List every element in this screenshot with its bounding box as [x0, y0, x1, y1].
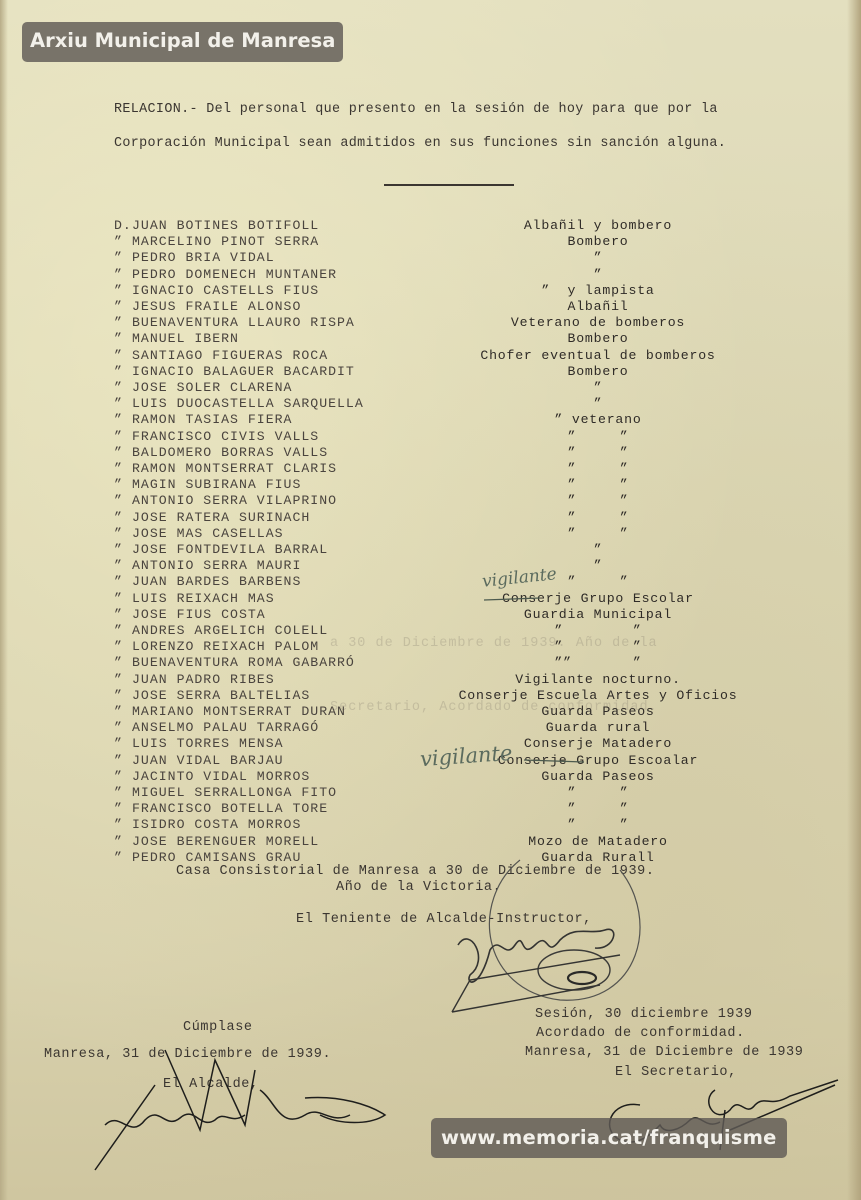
- secretary-signature: [0, 0, 861, 1200]
- website-watermark: www.memoria.cat/franquisme: [431, 1118, 787, 1158]
- document-page: a 30 de Diciembre de 1939. Año de la Sec…: [0, 0, 861, 1200]
